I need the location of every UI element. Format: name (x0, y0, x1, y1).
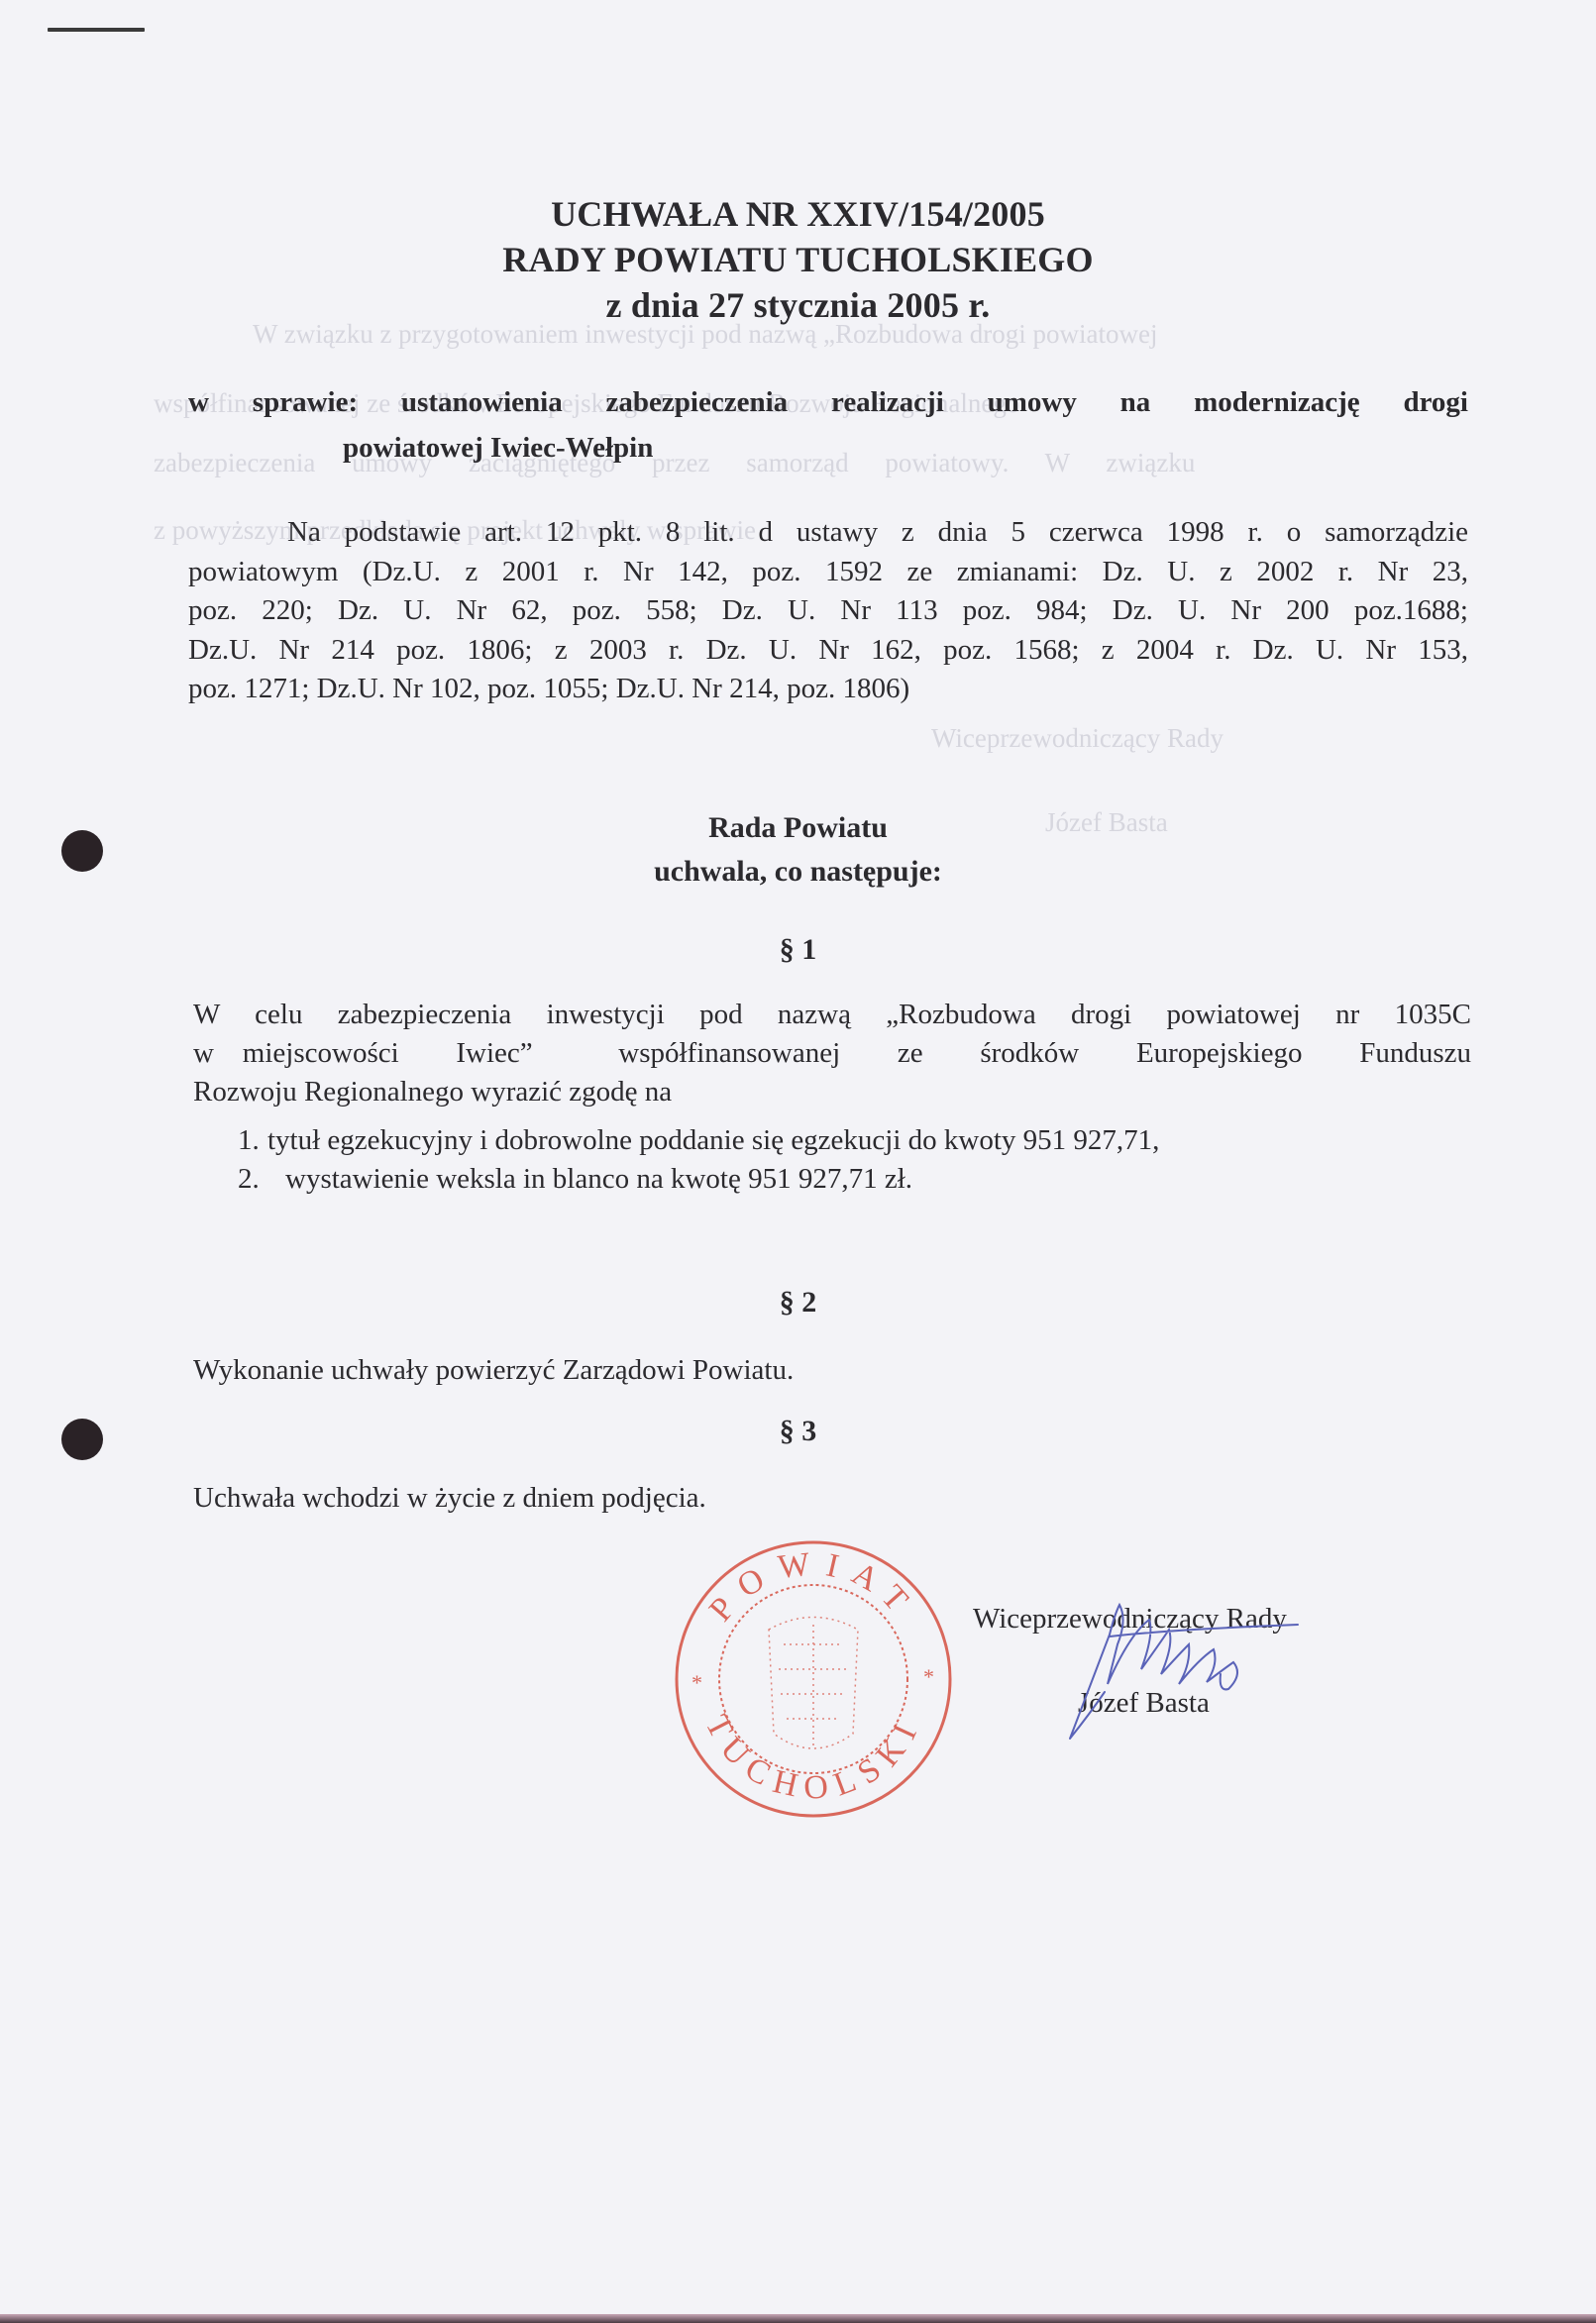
resolving-formula: uchwala, co następuje: (0, 850, 1596, 894)
scan-mark (48, 28, 145, 32)
list-item-text: wystawienie weksla in blanco na kwotę 95… (285, 1163, 912, 1195)
handwritten-signature (1050, 1575, 1318, 1753)
section-marker-2: § 2 (0, 1286, 1596, 1320)
legal-basis-line: poz. 1271; Dz.U. Nr 102, poz. 1055; Dz.U… (188, 670, 1468, 709)
legal-basis-line: powiatowym (Dz.U. z 2001 r. Nr 142, poz.… (188, 553, 1468, 592)
section-1-list: 1.tytuł egzekucyjny i dobrowolne poddani… (238, 1121, 1159, 1199)
legal-basis-line: Na podstawie art. 12 pkt. 8 lit. d ustaw… (188, 513, 1468, 553)
subject-line: w sprawie: ustanowienia zabezpieczenia r… (188, 379, 1468, 425)
section-1-text: W celu zabezpieczenia inwestycji pod naz… (193, 996, 1471, 1111)
section-marker-1: § 1 (0, 933, 1596, 967)
section-1-line: Rozwoju Regionalnego wyrazić zgodę na (193, 1073, 1471, 1111)
resolution-number: UCHWAŁA NR XXIV/154/2005 (0, 191, 1596, 237)
bleed-through-text: zabezpieczenia umowy zaciągniętego przez… (154, 448, 1195, 478)
section-1-line: W celu zabezpieczenia inwestycji pod naz… (193, 996, 1471, 1034)
legal-basis: Na podstawie art. 12 pkt. 8 lit. d ustaw… (188, 513, 1468, 709)
list-item-number: 2. (238, 1160, 285, 1199)
section-2-text: Wykonanie uchwały powierzyć Zarządowi Po… (193, 1354, 794, 1387)
stamp-bottom-text: TUCHOLSKI (698, 1710, 929, 1807)
legal-basis-line: poz. 220; Dz. U. Nr 62, poz. 558; Dz. U.… (188, 591, 1468, 631)
subject-line-continuation: powiatowej Iwiec-Wełpin (343, 425, 653, 471)
official-stamp: POWIAT TUCHOLSKI * * (670, 1535, 957, 1823)
scanned-document-page: W związku z przygotowaniem inwestycji po… (0, 0, 1596, 2323)
bleed-through-text: Wiceprzewodniczący Rady (931, 723, 1224, 754)
list-item-text: tytuł egzekucyjny i dobrowolne poddanie … (267, 1124, 1159, 1156)
resolution-date: z dnia 27 stycznia 2005 r. (0, 282, 1596, 328)
section-1-line: w miejscowości Iwiec” współfinansowanej … (193, 1034, 1471, 1073)
page-bottom-edge (0, 2314, 1596, 2323)
issuing-body: RADY POWIATU TUCHOLSKIEGO (0, 237, 1596, 282)
stamp-star-right: * (923, 1664, 934, 1689)
stamp-star-left: * (692, 1670, 702, 1695)
section-marker-3: § 3 (0, 1415, 1596, 1448)
list-item: 1.tytuł egzekucyjny i dobrowolne poddani… (238, 1121, 1159, 1160)
legal-basis-line: Dz.U. Nr 214 poz. 1806; z 2003 r. Dz. U.… (188, 631, 1468, 671)
resolving-body: Rada Powiatu (0, 806, 1596, 850)
list-item-number: 1. (238, 1121, 267, 1160)
list-item: 2.wystawienie weksla in blanco na kwotę … (238, 1160, 1159, 1199)
section-3-text: Uchwała wchodzi w życie z dniem podjęcia… (193, 1482, 706, 1515)
stamp-top-text: POWIAT (702, 1544, 924, 1629)
